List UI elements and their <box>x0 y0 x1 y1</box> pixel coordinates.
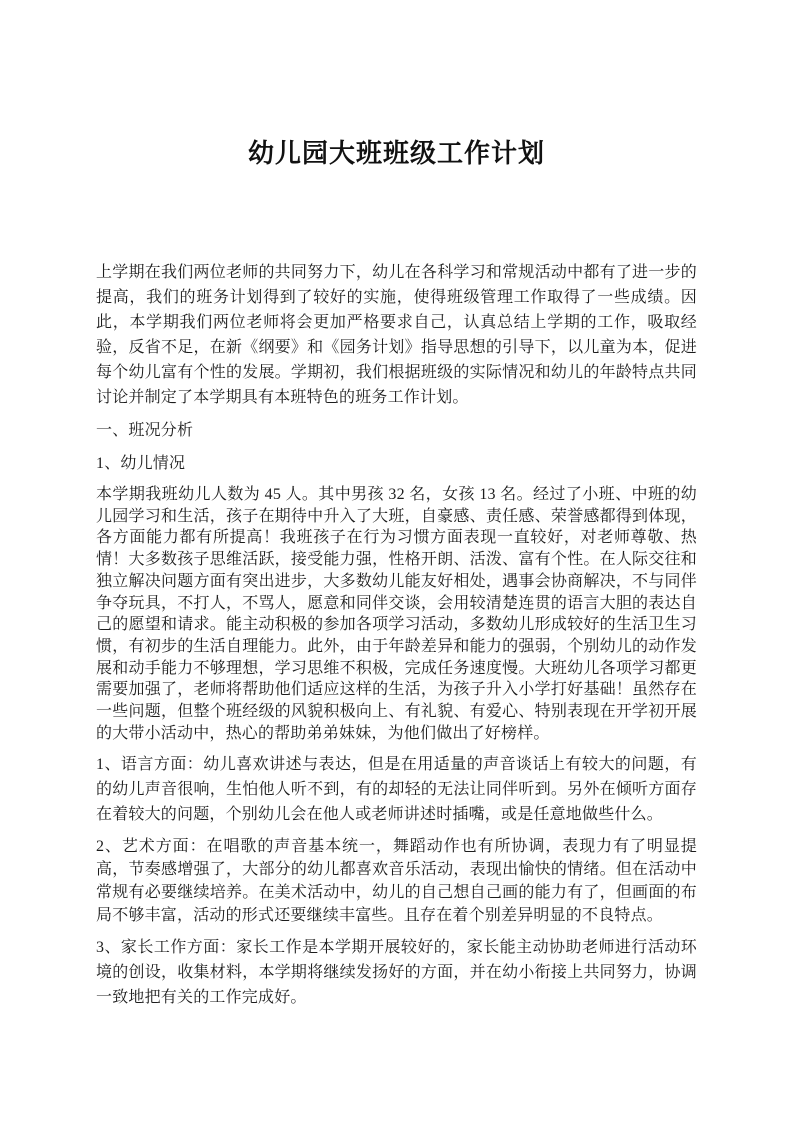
document-title: 幼儿园大班班级工作计划 <box>96 138 697 168</box>
language-aspect-paragraph: 1、语言方面：幼儿喜欢讲述与表达，但是在用适量的声音谈话上有较大的问题，有的幼儿… <box>96 752 697 827</box>
parent-work-paragraph: 3、家长工作方面：家长工作是本学期开展较好的，家长能主动协助老师进行活动环境的创… <box>96 935 697 1010</box>
art-aspect-paragraph: 2、艺术方面：在唱歌的声音基本统一，舞蹈动作也有所协调，表现力有了明显提高，节奏… <box>96 835 697 927</box>
document-page: 幼儿园大班班级工作计划 上学期在我们两位老师的共同努力下，幼儿在各科学习和常规活… <box>0 0 793 1122</box>
intro-paragraph: 上学期在我们两位老师的共同努力下，幼儿在各科学习和常规活动中都有了进一步的提高，… <box>96 260 697 410</box>
subsection-heading-children-situation: 1、幼儿情况 <box>96 451 697 476</box>
children-situation-paragraph: 本学期我班幼儿人数为 45 人。其中男孩 32 名，女孩 13 名。经过了小班、… <box>96 484 697 744</box>
section-heading-class-analysis: 一、班况分析 <box>96 418 697 443</box>
